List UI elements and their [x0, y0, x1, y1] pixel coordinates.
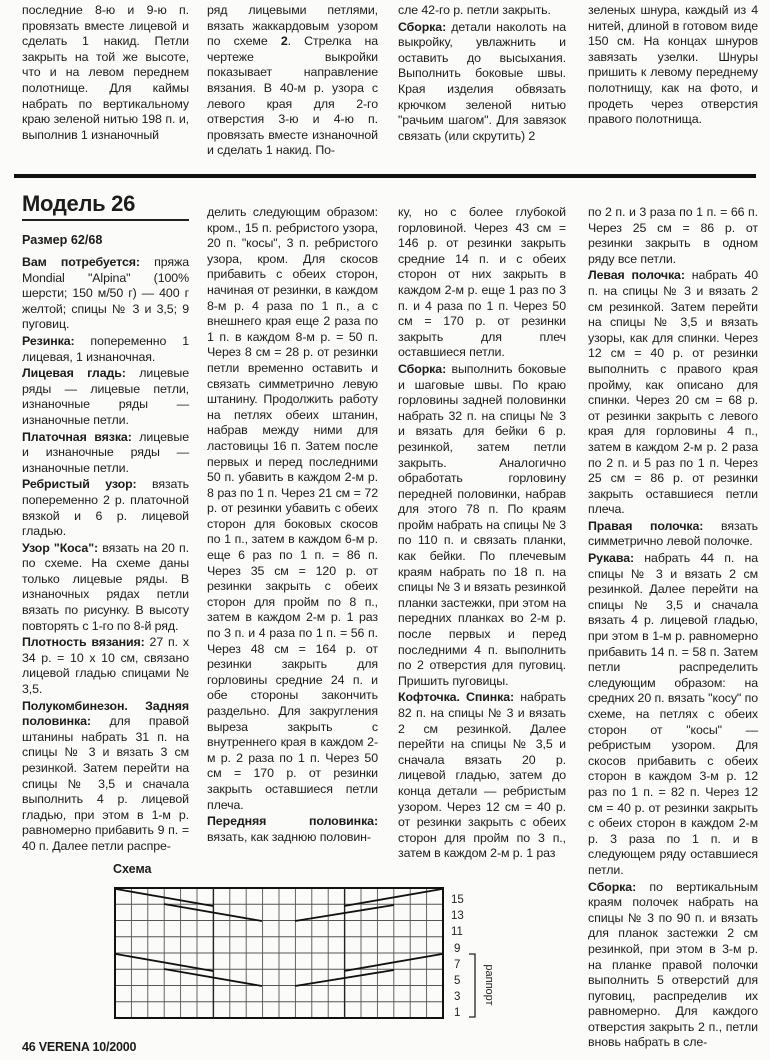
section: ку, но с более глубокой горловиной. Чере…	[398, 205, 566, 361]
section: Платочная вязка: лицевые и изнаночные ря…	[22, 430, 189, 477]
model-title: Модель 26	[22, 191, 189, 221]
row-labels: 15 13 11 9 7 5 3 1	[451, 894, 464, 1019]
prev-model-column-3: сле 42-го р. петли закрыть. Сборка: дета…	[398, 3, 566, 145]
section-label: Резинка:	[22, 334, 75, 348]
svg-text:3: 3	[454, 991, 460, 1003]
section-text: делить следующим образом: кром., 15 п. р…	[207, 205, 378, 812]
model-size: Размер 62/68	[22, 233, 102, 247]
section: делить следующим образом: кром., 15 п. р…	[207, 205, 378, 813]
section-label: Сборка:	[398, 362, 446, 376]
repeat-label: раппорт	[483, 964, 495, 1005]
prev-model-column-4: зеленых шнура, каждый из 4 нитей, длиной…	[588, 3, 758, 129]
section: Сборка: выполнить боковые и шаговые швы.…	[398, 362, 566, 689]
section-text: по 2 п. и 3 раза по 1 п. = 66 п. Через 2…	[588, 205, 758, 266]
schema-title: Схема	[113, 862, 152, 876]
section: Ребристый узор: вязать попеременно 2 р. …	[22, 477, 189, 539]
prev-col3-assembly-text: детали наколоть на выкройку, увлажнить и…	[398, 20, 566, 143]
section-label: Плотность вязания:	[22, 635, 145, 649]
section-text: набрать 82 п. на спицы № 3 и вязать 2 см…	[398, 690, 566, 860]
svg-text:7: 7	[454, 959, 460, 971]
svg-text:13: 13	[451, 910, 464, 922]
prev-col2-scheme-number: 2	[281, 34, 288, 48]
section-text: для правой штанины набрать 31 п. на спиц…	[22, 714, 189, 853]
section-text: по вертикальным краям полочек набрать на…	[588, 880, 758, 1050]
section: Лицевая гладь: лицевые ряды — лицевые пе…	[22, 366, 189, 428]
section-text: вязать, как заднюю половин-	[207, 830, 371, 844]
section: Сборка: по вертикальным краям полочек на…	[588, 880, 758, 1052]
section-label: Левая полочка:	[588, 268, 685, 282]
section: Резинка: попеременно 1 лицевая, 1 изнано…	[22, 334, 189, 365]
section-divider	[14, 174, 756, 178]
section-label: Сборка:	[588, 880, 636, 894]
section: Полукомбинезон. Задняя половинка: для пр…	[22, 699, 189, 855]
section-label: Ребристый узор:	[22, 477, 137, 491]
prev-model-column-2: ряд лицевыми петлями, вязать жаккардовым…	[207, 3, 378, 160]
section-label: Передняя половинка:	[207, 814, 378, 828]
prev-col1-text: последние 8-ю и 9-ю п. провязать вместе …	[22, 3, 189, 143]
section: Узор "Коса": вязать на 20 п. по схеме. Н…	[22, 541, 189, 635]
prev-col3-text-a: сле 42-го р. петли закрыть.	[398, 3, 566, 19]
section-label: Рукава:	[588, 551, 634, 565]
cable-pattern-chart: 15 13 11 9 7 5 3 1 раппорт	[114, 887, 504, 1027]
section-label: Платочная вязка:	[22, 430, 132, 444]
section-text: набрать 40 п. на спицы № 3 и вязать 2 см…	[588, 268, 758, 516]
model-column-4: по 2 п. и 3 раза по 1 п. = 66 п. Через 2…	[588, 205, 758, 1052]
section: Левая полочка: набрать 40 п. на спицы № …	[588, 268, 758, 518]
svg-text:15: 15	[451, 894, 464, 906]
section: Плотность вязания: 27 п. х 34 р. = 10 х …	[22, 635, 189, 697]
svg-text:9: 9	[454, 943, 460, 955]
prev-col3-assembly-label: Сборка:	[398, 20, 446, 34]
section: Вам потребуется: пряжа Mondial "Alpina" …	[22, 255, 189, 333]
prev-model-column-1: последние 8-ю и 9-ю п. провязать вместе …	[22, 3, 189, 144]
section-label: Узор "Коса":	[22, 541, 98, 555]
svg-text:1: 1	[454, 1007, 460, 1019]
section-label: Лицевая гладь:	[22, 366, 126, 380]
section: по 2 п. и 3 раза по 1 п. = 66 п. Через 2…	[588, 205, 758, 267]
section: Рукава: набрать 44 п. на спицы № 3 и вяз…	[588, 551, 758, 878]
section-label: Правая полочка:	[588, 519, 703, 533]
prev-col2-text-c: . Стрелка на чертеже выкройки показывает…	[207, 34, 378, 157]
svg-text:5: 5	[454, 975, 460, 987]
repeat-bracket	[469, 954, 475, 1017]
section-label: Кофточка. Спинка:	[398, 690, 514, 704]
model-column-1: Вам потребуется: пряжа Mondial "Alpina" …	[22, 255, 189, 856]
section-text: выполнить боковые и шаговые швы. По краю…	[398, 362, 566, 688]
section: Кофточка. Спинка: набрать 82 п. на спицы…	[398, 690, 566, 862]
section: Передняя половинка: вязать, как заднюю п…	[207, 814, 378, 845]
section-label: Вам потребуется:	[22, 255, 140, 269]
section: Правая полочка: вязать симметрично левой…	[588, 519, 758, 550]
cable-chart-svg: 15 13 11 9 7 5 3 1 раппорт	[114, 887, 504, 1022]
svg-text:11: 11	[451, 926, 463, 938]
section-text: набрать 44 п. на спицы № 3 и вязать 2 см…	[588, 551, 758, 877]
model-column-2: делить следующим образом: кром., 15 п. р…	[207, 205, 378, 846]
section-text: ку, но с более глубокой горловиной. Чере…	[398, 205, 566, 359]
model-column-3: ку, но с более глубокой горловиной. Чере…	[398, 205, 566, 863]
page-footer: 46 VERENA 10/2000	[22, 1040, 136, 1054]
prev-col4-text: зеленых шнура, каждый из 4 нитей, длиной…	[588, 3, 758, 128]
